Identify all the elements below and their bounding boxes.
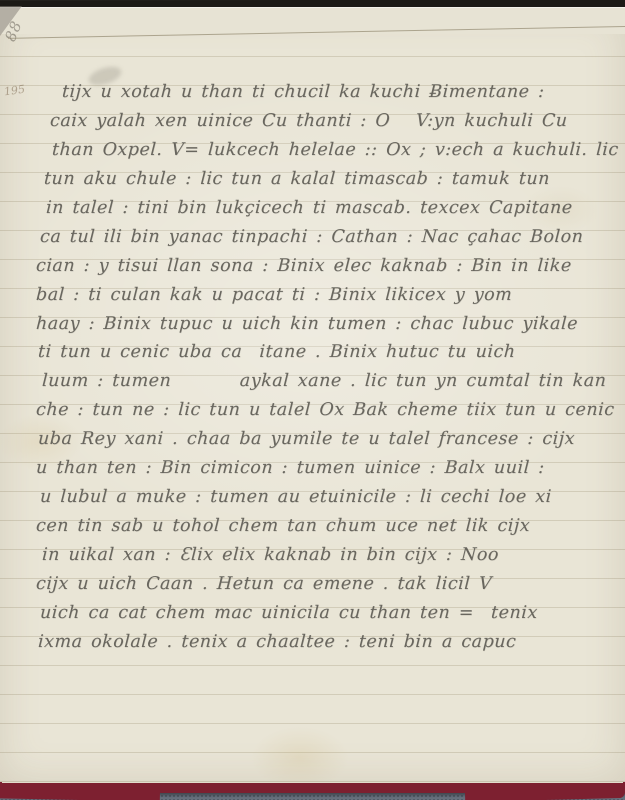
- manuscript-line-14: u than ten : Bin cimicon : tumen uinice …: [35, 454, 619, 483]
- manuscript-line-2: caix yalah xen uinice Cu thanti : O V:yn…: [35, 107, 619, 136]
- manuscript-line-19: uich ca cat chem mac uinicila cu than te…: [35, 599, 619, 628]
- top-sheet-edge: [0, 7, 625, 34]
- manuscript-line-13: uba Rey xani . chaa ba yumile te u talel…: [35, 425, 619, 454]
- manuscript-line-10: ti tun u cenic uba ca itane . Binix hutu…: [35, 338, 619, 367]
- manuscript-line-16: cen tin sab u tohol chem tan chum uce ne…: [35, 512, 619, 541]
- manuscript-photo: 88 195 tijx u xotah u than ti chucil ka …: [0, 0, 625, 800]
- manuscript-line-4: tun aku chule : lic tun a kalal timascab…: [35, 165, 619, 194]
- manuscript-line-18: cijx u uich Caan . Hetun ca emene . tak …: [35, 570, 619, 599]
- manuscript-line-5: in talel : tini bin lukçicech ti mascab.…: [35, 194, 619, 223]
- manuscript-line-11: luum : tumen aykal xane . lic tun yn cum…: [35, 367, 619, 396]
- manuscript-line-15: u lubul a muke : tumen au etuinicile : l…: [35, 483, 619, 512]
- handwritten-text-block: tijx u xotah u than ti chucil ka kuchi Ƀ…: [36, 78, 618, 657]
- manuscript-line-20: ixma okolale . tenix a chaaltee : teni b…: [35, 628, 619, 657]
- manuscript-line-17: in uikal xan : Ɛlix elix kaknab in bin c…: [35, 541, 619, 570]
- manuscript-line-9: haay : Binix tupuc u uich kin tumen : ch…: [35, 310, 619, 339]
- manuscript-line-8: bal : ti culan kak u pacat ti : Binix li…: [35, 281, 619, 310]
- book-cover-corner-left: [0, 780, 160, 800]
- manuscript-line-6: ca tul ili bin yanac tinpachi : Cathan :…: [35, 223, 619, 252]
- manuscript-line-3: than Oxpel. V= lukcech helelae :: Ox ; v…: [35, 136, 619, 165]
- manuscript-line-12: che : tun ne : lic tun u talel Ox Bak ch…: [35, 396, 619, 425]
- manuscript-line-1: tijx u xotah u than ti chucil ka kuchi Ƀ…: [35, 78, 619, 107]
- manuscript-line-7: cian : y tisui llan sona : Binix elec ka…: [35, 252, 619, 281]
